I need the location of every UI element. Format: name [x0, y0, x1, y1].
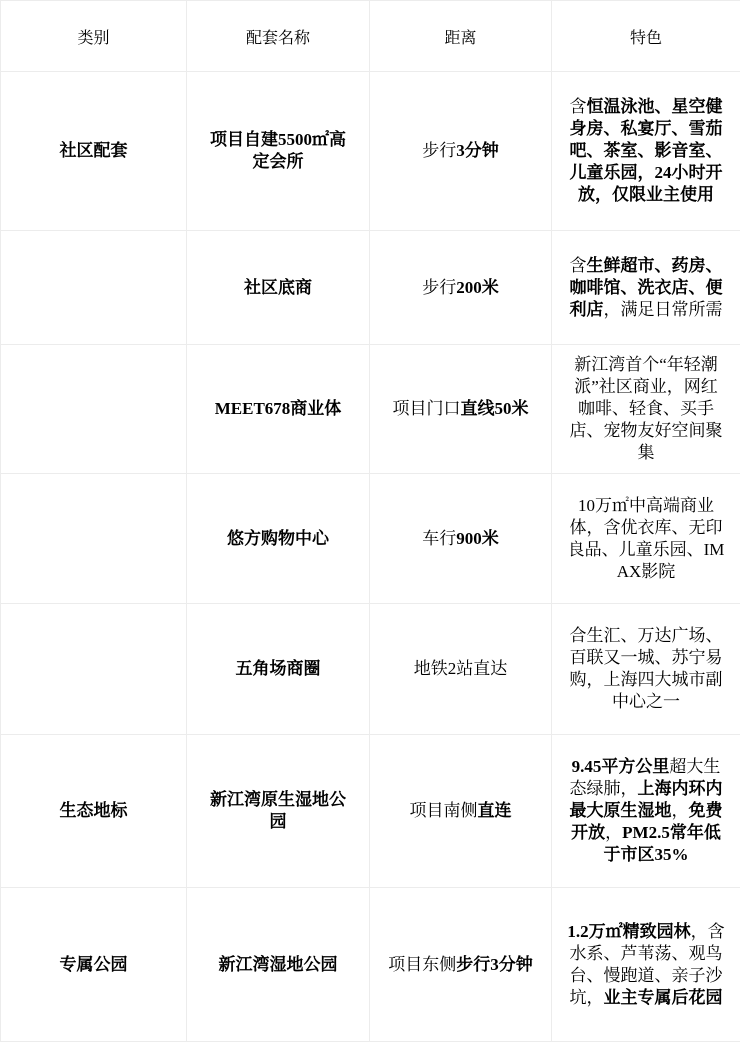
- cell-distance: 车行900米: [370, 474, 552, 604]
- name-text-bold: 悠方购物中心: [227, 529, 329, 548]
- features-text: 10万㎡中高端商业体，含优衣库、无印良品、儿童乐园、IMAX影院: [568, 496, 725, 581]
- cell-distance: 步行200米: [370, 231, 552, 345]
- cell-distance: 项目门口直线50米: [370, 345, 552, 474]
- distance-text-bold: 步行3分钟: [456, 955, 533, 974]
- distance-text-bold: 直连: [478, 801, 512, 820]
- category-text-bold: 生态地标: [60, 801, 128, 820]
- distance-text: 步行: [422, 141, 456, 160]
- name-text-bold: 项目自建5500㎡高定会所: [210, 130, 346, 171]
- cell-features: 1.2万㎡精致园林，含水系、芦苇荡、观鸟台、慢跑道、亲子沙坑，业主专属后花园: [552, 888, 740, 1042]
- cell-distance: 地铁2站直达: [370, 604, 552, 735]
- features-text: ，: [672, 801, 689, 820]
- features-text-bold: 恒温泳池、星空健身房、私宴厅、雪茄吧、茶室、影音室、儿童乐园，24小时开放，仅限…: [570, 97, 723, 204]
- features-text: 含: [570, 256, 587, 275]
- cell-name: 悠方购物中心: [187, 474, 370, 604]
- header-row: 类别 配套名称 距离 特色: [1, 1, 740, 72]
- cell-features: 含恒温泳池、星空健身房、私宴厅、雪茄吧、茶室、影音室、儿童乐园，24小时开放，仅…: [552, 72, 740, 231]
- category-text-bold: 专属公园: [60, 955, 128, 974]
- features-text-bold: 9.45平方公里: [572, 757, 670, 776]
- name-text-bold: MEET678商业体: [215, 399, 342, 418]
- cell-distance: 项目南侧直连: [370, 735, 552, 888]
- table-row: 社区配套项目自建5500㎡高定会所步行3分钟含恒温泳池、星空健身房、私宴厅、雪茄…: [1, 72, 740, 231]
- features-text: 合生汇、万达广场、百联又一城、苏宁易购，上海四大城市副中心之一: [570, 626, 723, 711]
- features-text-bold: 1.2万㎡精致园林: [567, 922, 690, 941]
- cell-name: 项目自建5500㎡高定会所: [187, 72, 370, 231]
- distance-text: 项目东侧: [388, 955, 456, 974]
- cell-category: [1, 604, 187, 735]
- amenities-table: 类别 配套名称 距离 特色 社区配套项目自建5500㎡高定会所步行3分钟含恒温泳…: [0, 0, 740, 1042]
- features-text: 含: [570, 97, 587, 116]
- table-row: 专属公园新江湾湿地公园项目东侧步行3分钟1.2万㎡精致园林，含水系、芦苇荡、观鸟…: [1, 888, 740, 1042]
- table-row: 悠方购物中心车行900米10万㎡中高端商业体，含优衣库、无印良品、儿童乐园、IM…: [1, 474, 740, 604]
- distance-text: 项目南侧: [410, 801, 478, 820]
- cell-category: [1, 345, 187, 474]
- distance-text: 步行: [422, 278, 456, 297]
- name-text-bold: 新江湾湿地公园: [219, 955, 338, 974]
- cell-features: 10万㎡中高端商业体，含优衣库、无印良品、儿童乐园、IMAX影院: [552, 474, 740, 604]
- header-name: 配套名称: [187, 1, 370, 72]
- category-text-bold: 社区配套: [60, 141, 128, 160]
- features-text-bold: 业主专属后花园: [604, 988, 723, 1007]
- distance-text-bold: 900米: [456, 529, 499, 548]
- distance-text-bold: 直线50米: [461, 399, 529, 418]
- table-body: 社区配套项目自建5500㎡高定会所步行3分钟含恒温泳池、星空健身房、私宴厅、雪茄…: [1, 72, 740, 1042]
- features-text: 新江湾首个“年轻潮派”社区商业，网红咖啡、轻食、买手店、宠物友好空间聚集: [570, 355, 723, 462]
- distance-text-bold: 200米: [456, 278, 499, 297]
- distance-text: 项目门口: [393, 399, 461, 418]
- cell-name: 五角场商圈: [187, 604, 370, 735]
- cell-name: 新江湾原生湿地公园: [187, 735, 370, 888]
- cell-distance: 步行3分钟: [370, 72, 552, 231]
- cell-category: 生态地标: [1, 735, 187, 888]
- name-text-bold: 五角场商圈: [236, 659, 321, 678]
- distance-text: 车行: [422, 529, 456, 548]
- cell-features: 新江湾首个“年轻潮派”社区商业，网红咖啡、轻食、买手店、宠物友好空间聚集: [552, 345, 740, 474]
- header-features: 特色: [552, 1, 740, 72]
- cell-features: 合生汇、万达广场、百联又一城、苏宁易购，上海四大城市副中心之一: [552, 604, 740, 735]
- distance-text-bold: 3分钟: [456, 141, 499, 160]
- name-text-bold: 新江湾原生湿地公园: [210, 790, 346, 831]
- cell-category: 专属公园: [1, 888, 187, 1042]
- features-text: ，: [605, 823, 622, 842]
- table-row: 社区底商步行200米含生鲜超市、药房、咖啡馆、洗衣店、便利店，满足日常所需: [1, 231, 740, 345]
- features-text-bold: PM2.5常年低于市区35%: [604, 823, 721, 864]
- cell-name: 社区底商: [187, 231, 370, 345]
- cell-category: 社区配套: [1, 72, 187, 231]
- table-row: 生态地标新江湾原生湿地公园项目南侧直连9.45平方公里超大生态绿肺，上海内环内最…: [1, 735, 740, 888]
- cell-name: MEET678商业体: [187, 345, 370, 474]
- header-category: 类别: [1, 1, 187, 72]
- cell-category: [1, 231, 187, 345]
- header-distance: 距离: [370, 1, 552, 72]
- table-row: 五角场商圈地铁2站直达合生汇、万达广场、百联又一城、苏宁易购，上海四大城市副中心…: [1, 604, 740, 735]
- distance-text: 地铁2站直达: [414, 659, 508, 678]
- cell-features: 含生鲜超市、药房、咖啡馆、洗衣店、便利店，满足日常所需: [552, 231, 740, 345]
- table-row: MEET678商业体项目门口直线50米新江湾首个“年轻潮派”社区商业，网红咖啡、…: [1, 345, 740, 474]
- cell-name: 新江湾湿地公园: [187, 888, 370, 1042]
- cell-features: 9.45平方公里超大生态绿肺，上海内环内最大原生湿地，免费开放，PM2.5常年低…: [552, 735, 740, 888]
- features-text: ，满足日常所需: [604, 300, 723, 319]
- cell-distance: 项目东侧步行3分钟: [370, 888, 552, 1042]
- name-text-bold: 社区底商: [244, 278, 312, 297]
- cell-category: [1, 474, 187, 604]
